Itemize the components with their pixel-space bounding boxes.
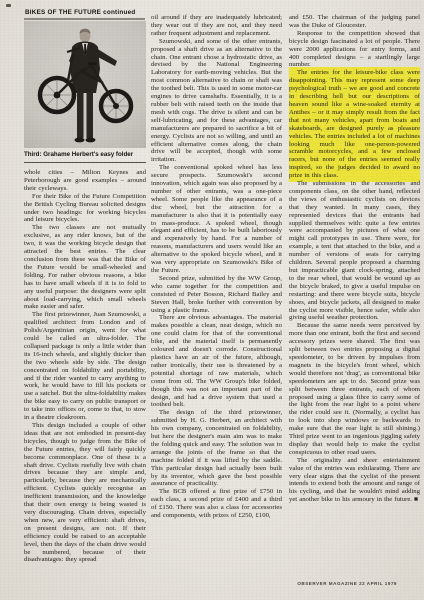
paragraph: The first prizewinner, Juan Szumowski, a…: [24, 311, 146, 422]
paragraph: The originality and sheer entertainment …: [289, 457, 420, 504]
highlighted-paragraph: The entries for the leisure-bike class w…: [289, 69, 420, 180]
paragraph: The BCB offered a first prize of £750 in…: [151, 488, 282, 520]
left-column: whole cities – Milton Keynes and Peterbo…: [24, 169, 146, 565]
paragraph: The design of the third prizewinner, sub…: [151, 409, 282, 488]
paragraph: This design included a couple of other i…: [24, 422, 146, 564]
paragraph: Second prize, submitted by the WW Group,…: [151, 275, 282, 315]
middle-column: oil around if they are inadequately lubr…: [151, 14, 282, 564]
paragraph: The conventional spoked wheel has less s…: [151, 164, 282, 275]
caption-rule: [24, 162, 146, 163]
paragraph: There are obvious advantages. The materi…: [151, 314, 282, 409]
magazine-footer: OBSERVER MAGAZINE 22 APRIL 1979: [297, 581, 397, 586]
paragraph: whole cities – Milton Keynes and Peterbo…: [24, 169, 146, 193]
paragraph: and £50. The chairman of the judging pan…: [289, 14, 420, 30]
section-kicker: BIKES OF THE FUTURE continued: [25, 9, 146, 16]
bicycle-saddle: [88, 62, 97, 65]
photo-man-with-folding-bike: [24, 21, 146, 148]
paragraph: For their Bike of the Future Competition…: [24, 193, 146, 225]
magazine-page: BIKES OF THE FUTURE continued: [0, 0, 424, 600]
paragraph: oil around if they are inadequately lubr…: [151, 14, 282, 38]
photo-caption: Third: Grahame Herbert's easy folder: [24, 151, 146, 158]
paragraph: Because the same needs were perceived by…: [289, 322, 420, 456]
paragraph: Response to the competition showed that …: [289, 30, 420, 70]
paragraph: Szumowski, and some of the other entrant…: [151, 38, 282, 165]
right-column: and £50. The chairman of the judging pan…: [289, 14, 420, 564]
paragraph: The submissions in the accessories and c…: [289, 180, 420, 322]
scan-speck: [6, 4, 11, 7]
paragraph: The two classes are not mutually exclusi…: [24, 224, 146, 311]
photo-illustration: [24, 21, 146, 148]
kicker-rule: [24, 18, 145, 20]
